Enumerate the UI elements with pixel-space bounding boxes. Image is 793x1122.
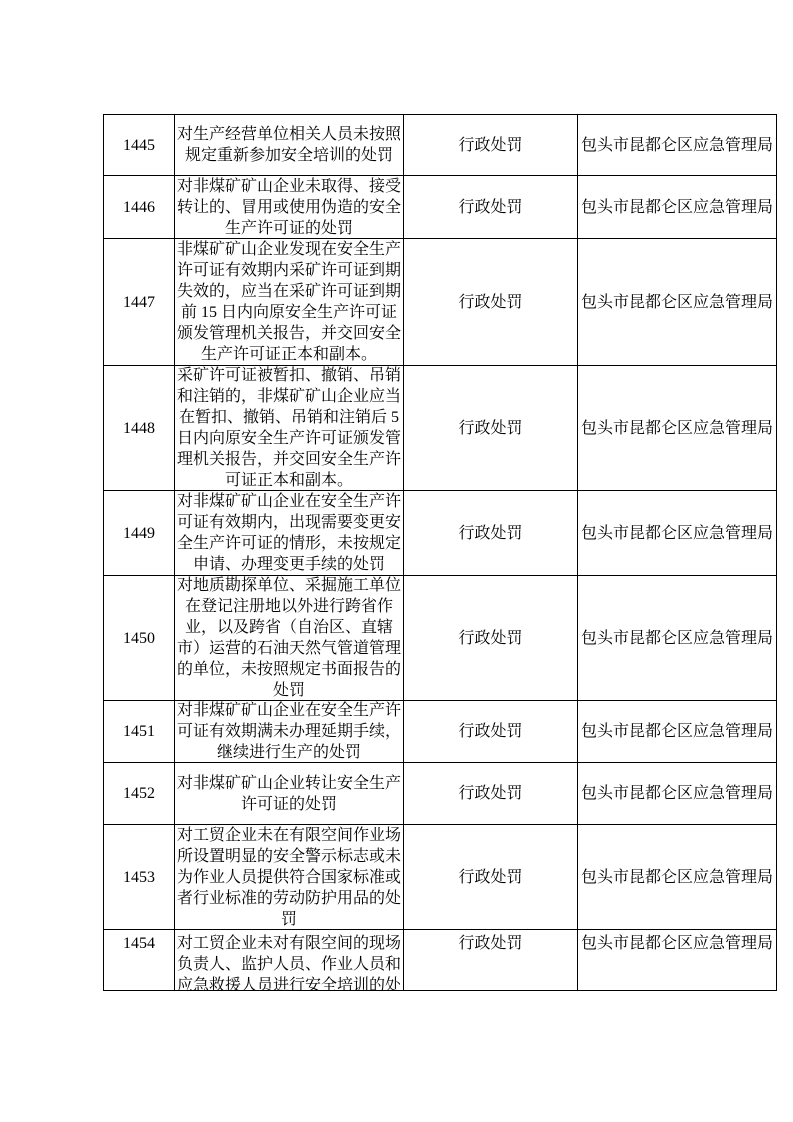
row-description: 对非煤矿矿山企业转让安全生产许可证的处罚 <box>175 763 404 825</box>
row-type: 行政处罚 <box>404 825 578 930</box>
row-description: 对工贸企业未对有限空间的现场负责人、监护人员、作业人员和应急救援人员进行安全培训… <box>175 930 404 991</box>
row-number: 1451 <box>104 701 175 763</box>
row-agency: 包头市昆都仑区应急管理局 <box>578 701 777 763</box>
document-page: 1445 对生产经营单位相关人员未按照规定重新参加安全培训的处罚 行政处罚 包头… <box>0 0 793 1122</box>
row-number: 1447 <box>104 239 175 366</box>
row-description: 对非煤矿矿山企业未取得、接受转让的、冒用或使用伪造的安全生产许可证的处罚 <box>175 176 404 239</box>
row-number: 1454 <box>104 930 175 991</box>
row-type: 行政处罚 <box>404 763 578 825</box>
row-description: 对工贸企业未在有限空间作业场所设置明显的安全警示标志或未为作业人员提供符合国家标… <box>175 825 404 930</box>
row-type: 行政处罚 <box>404 930 578 991</box>
row-number: 1449 <box>104 491 175 576</box>
row-agency: 包头市昆都仑区应急管理局 <box>578 491 777 576</box>
row-number: 1448 <box>104 366 175 491</box>
row-type: 行政处罚 <box>404 491 578 576</box>
table-row: 1450 对地质勘探单位、采掘施工单位在登记注册地以外进行跨省作业，以及跨省（自… <box>104 576 777 701</box>
row-type: 行政处罚 <box>404 366 578 491</box>
row-agency: 包头市昆都仑区应急管理局 <box>578 366 777 491</box>
row-type: 行政处罚 <box>404 176 578 239</box>
table-row: 1452 对非煤矿矿山企业转让安全生产许可证的处罚 行政处罚 包头市昆都仑区应急… <box>104 763 777 825</box>
table-row: 1449 对非煤矿矿山企业在安全生产许可证有效期内，出现需要变更安全生产许可证的… <box>104 491 777 576</box>
row-number: 1453 <box>104 825 175 930</box>
row-agency: 包头市昆都仑区应急管理局 <box>578 576 777 701</box>
row-agency: 包头市昆都仑区应急管理局 <box>578 930 777 991</box>
row-number: 1445 <box>104 115 175 176</box>
row-description: 非煤矿矿山企业发现在安全生产许可证有效期内采矿许可证到期失效的，应当在采矿许可证… <box>175 239 404 366</box>
table-row: 1447 非煤矿矿山企业发现在安全生产许可证有效期内采矿许可证到期失效的，应当在… <box>104 239 777 366</box>
row-agency: 包头市昆都仑区应急管理局 <box>578 115 777 176</box>
row-type: 行政处罚 <box>404 239 578 366</box>
row-agency: 包头市昆都仑区应急管理局 <box>578 239 777 366</box>
row-agency: 包头市昆都仑区应急管理局 <box>578 825 777 930</box>
table-row-split-across-page: 1454 对工贸企业未对有限空间的现场负责人、监护人员、作业人员和应急救援人员进… <box>104 930 777 991</box>
row-description: 对非煤矿矿山企业在安全生产许可证有效期内，出现需要变更安全生产许可证的情形，未按… <box>175 491 404 576</box>
penalty-items-table: 1445 对生产经营单位相关人员未按照规定重新参加安全培训的处罚 行政处罚 包头… <box>103 114 777 991</box>
table-row: 1451 对非煤矿矿山企业在安全生产许可证有效期满未办理延期手续，继续进行生产的… <box>104 701 777 763</box>
row-number: 1450 <box>104 576 175 701</box>
row-description: 对非煤矿矿山企业在安全生产许可证有效期满未办理延期手续，继续进行生产的处罚 <box>175 701 404 763</box>
row-description: 采矿许可证被暂扣、撤销、吊销和注销的，非煤矿矿山企业应当在暂扣、撤销、吊销和注销… <box>175 366 404 491</box>
row-agency: 包头市昆都仑区应急管理局 <box>578 763 777 825</box>
table-row: 1448 采矿许可证被暂扣、撤销、吊销和注销的，非煤矿矿山企业应当在暂扣、撤销、… <box>104 366 777 491</box>
table-row: 1453 对工贸企业未在有限空间作业场所设置明显的安全警示标志或未为作业人员提供… <box>104 825 777 930</box>
row-type: 行政处罚 <box>404 701 578 763</box>
table-row: 1446 对非煤矿矿山企业未取得、接受转让的、冒用或使用伪造的安全生产许可证的处… <box>104 176 777 239</box>
row-number: 1446 <box>104 176 175 239</box>
row-description: 对生产经营单位相关人员未按照规定重新参加安全培训的处罚 <box>175 115 404 176</box>
row-type: 行政处罚 <box>404 576 578 701</box>
row-type: 行政处罚 <box>404 115 578 176</box>
row-number: 1452 <box>104 763 175 825</box>
table-row: 1445 对生产经营单位相关人员未按照规定重新参加安全培训的处罚 行政处罚 包头… <box>104 115 777 176</box>
row-agency: 包头市昆都仑区应急管理局 <box>578 176 777 239</box>
row-description: 对地质勘探单位、采掘施工单位在登记注册地以外进行跨省作业，以及跨省（自治区、直辖… <box>175 576 404 701</box>
